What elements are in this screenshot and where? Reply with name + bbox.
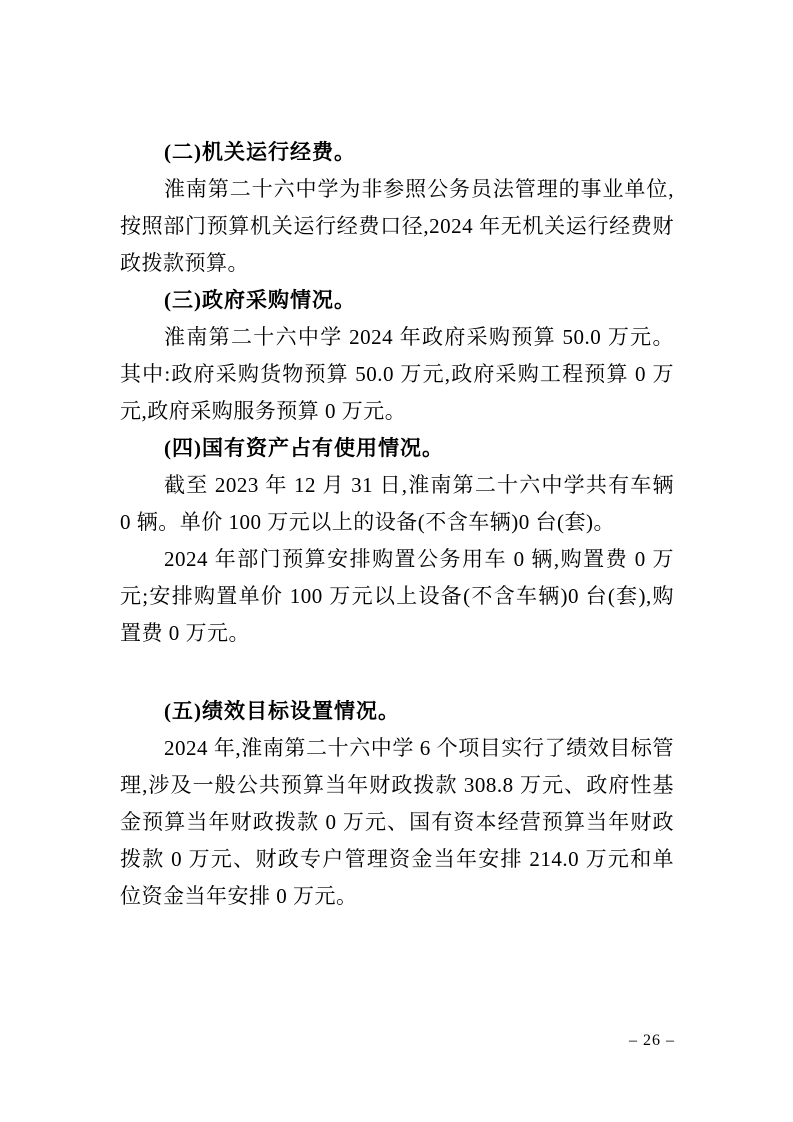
page-number: – 26 – (629, 1031, 675, 1051)
document-content: (二)机关运行经费。 淮南第二十六中学为非参照公务员法管理的事业单位,按照部门预… (120, 134, 674, 915)
section-organ-operating-funds: (二)机关运行经费。 淮南第二十六中学为非参照公务员法管理的事业单位,按照部门预… (120, 134, 674, 282)
section-heading: (二)机关运行经费。 (120, 134, 674, 171)
section-performance-targets: (五)绩效目标设置情况。 2024 年,淮南第二十六中学 6 个项目实行了绩效目… (120, 693, 674, 915)
section-state-owned-assets: (四)国有资产占有使用情况。 截至 2023 年 12 月 31 日,淮南第二十… (120, 430, 674, 652)
section-heading: (五)绩效目标设置情况。 (120, 693, 674, 730)
document-page: (二)机关运行经费。 淮南第二十六中学为非参照公务员法管理的事业单位,按照部门预… (0, 0, 793, 1122)
body-paragraph: 截至 2023 年 12 月 31 日,淮南第二十六中学共有车辆 0 辆。单价 … (120, 467, 674, 541)
body-paragraph: 2024 年,淮南第二十六中学 6 个项目实行了绩效目标管理,涉及一般公共预算当… (120, 730, 674, 915)
body-paragraph: 淮南第二十六中学为非参照公务员法管理的事业单位,按照部门预算机关运行经费口径,2… (120, 171, 674, 282)
section-government-procurement: (三)政府采购情况。 淮南第二十六中学 2024 年政府采购预算 50.0 万元… (120, 282, 674, 430)
body-paragraph: 淮南第二十六中学 2024 年政府采购预算 50.0 万元。其中:政府采购货物预… (120, 319, 674, 430)
section-heading: (三)政府采购情况。 (120, 282, 674, 319)
section-heading: (四)国有资产占有使用情况。 (120, 430, 674, 467)
body-paragraph: 2024 年部门预算安排购置公务用车 0 辆,购置费 0 万元;安排购置单价 1… (120, 541, 674, 652)
